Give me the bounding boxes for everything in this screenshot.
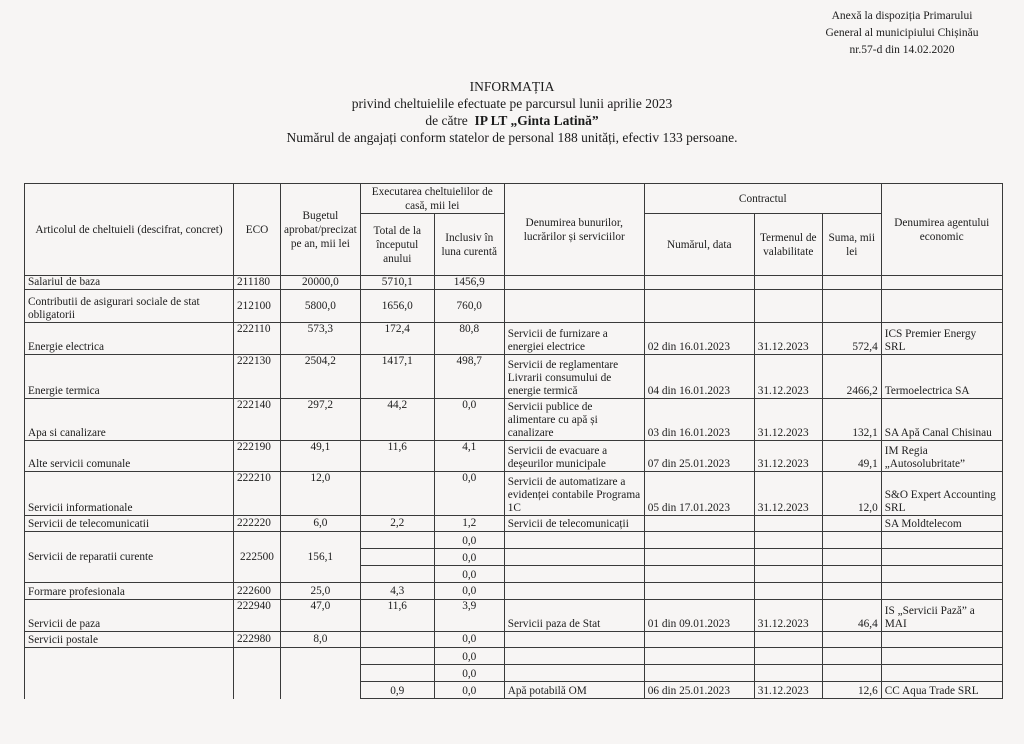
cell-total-year: 11,6 — [360, 441, 434, 472]
cell-eco: 222210 — [234, 472, 281, 516]
cell-eco: 222110 — [234, 323, 281, 355]
cell-article: Apa si canalizare — [25, 399, 234, 441]
cell-total-year — [360, 549, 434, 566]
table-row: Salariul de baza21118020000,05710,11456,… — [25, 276, 1003, 290]
cell-total-year: 2,2 — [360, 516, 434, 532]
document-title: INFORMAȚIA — [0, 78, 1024, 95]
cell-total-year — [360, 566, 434, 583]
cell-amount: 572,4 — [822, 323, 881, 355]
cell-number-date — [644, 516, 754, 532]
cell-amount — [822, 290, 881, 323]
cell-total-year: 1656,0 — [360, 290, 434, 323]
cell-article: Servicii de paza — [25, 600, 234, 632]
cell-article: Salariul de baza — [25, 276, 234, 290]
cell-validity — [754, 648, 822, 665]
cell-number-date: 04 din 16.01.2023 — [644, 355, 754, 399]
cell-validity: 31.12.2023 — [754, 682, 822, 699]
cell-number-date: 01 din 09.01.2023 — [644, 600, 754, 632]
cell-goods — [504, 566, 644, 583]
cell-amount — [822, 276, 881, 290]
cell-budget: 20000,0 — [281, 276, 361, 290]
cell-article: Servicii postale — [25, 632, 234, 648]
cell-goods — [504, 632, 644, 648]
cell-article: Energie termica — [25, 355, 234, 399]
cell-article: Servicii de reparatii curente — [25, 532, 234, 583]
cell-total-year — [360, 472, 434, 516]
cell-article: Contributii de asigurari sociale de stat… — [25, 290, 234, 323]
cell-validity: 31.12.2023 — [754, 323, 822, 355]
cell-validity — [754, 632, 822, 648]
cell-budget: 6,0 — [281, 516, 361, 532]
cell-eco: 222600 — [234, 583, 281, 600]
cell-amount — [822, 516, 881, 532]
cell-number — [644, 566, 754, 583]
cell-validity — [754, 532, 822, 549]
cell-article: Servicii de telecomunicatii — [25, 516, 234, 532]
cell-amount: 2466,2 — [822, 355, 881, 399]
header-goods: Denumirea bunurilor, lucrărilor și servi… — [504, 184, 644, 276]
annex-note: Anexă la dispoziția Primarului General a… — [790, 8, 1014, 59]
cell-number-date: 07 din 25.01.2023 — [644, 441, 754, 472]
annex-line-2: General al municipiului Chișinău — [790, 25, 1014, 42]
cell-goods — [504, 532, 644, 549]
by-prefix: de către — [425, 113, 467, 128]
cell-article — [25, 648, 234, 699]
cell-agent: SA Apă Canal Chisinau — [881, 399, 1002, 441]
cell-budget: 156,1 — [281, 532, 361, 583]
cell-current-month: 0,0 — [434, 532, 504, 549]
cell-validity: 31.12.2023 — [754, 441, 822, 472]
cell-total-year: 5710,1 — [360, 276, 434, 290]
cell-eco: 211180 — [234, 276, 281, 290]
cell-eco: 222940 — [234, 600, 281, 632]
cell-goods — [504, 583, 644, 600]
cell-number-date — [644, 583, 754, 600]
cell-total-year — [360, 648, 434, 665]
cell-budget: 573,3 — [281, 323, 361, 355]
cell-eco: 222980 — [234, 632, 281, 648]
table-row: Alte servicii comunale22219049,111,64,1S… — [25, 441, 1003, 472]
cell-current-month: 1,2 — [434, 516, 504, 532]
header-number-date: Numărul, data — [644, 214, 754, 276]
cell-agent: S&O Expert Accounting SRL — [881, 472, 1002, 516]
cell-amount — [822, 566, 881, 583]
institution-name: IP LT „Ginta Latină” — [474, 113, 598, 128]
cell-budget: 297,2 — [281, 399, 361, 441]
cell-validity: 31.12.2023 — [754, 399, 822, 441]
cell-agent: CC Aqua Trade SRL — [881, 682, 1002, 699]
cell-total-year: 4,3 — [360, 583, 434, 600]
cell-agent — [881, 290, 1002, 323]
cell-budget: 12,0 — [281, 472, 361, 516]
cell-goods: Servicii de automatizare a evidenței con… — [504, 472, 644, 516]
table-row: Formare profesionala22260025,04,30,0 — [25, 583, 1003, 600]
cell-current-month: 498,7 — [434, 355, 504, 399]
cell-current-month: 0,0 — [434, 472, 504, 516]
cell-current-month: 0,0 — [434, 682, 504, 699]
header-validity: Termenul de valabilitate — [754, 214, 822, 276]
table-row: Contributii de asigurari sociale de stat… — [25, 290, 1003, 323]
document-heading: INFORMAȚIA privind cheltuielile efectuat… — [0, 78, 1024, 146]
cell-current-month: 4,1 — [434, 441, 504, 472]
cell-goods: Servicii de evacuare a deșeurilor munici… — [504, 441, 644, 472]
table-row: Servicii de paza22294047,011,63,9Servici… — [25, 600, 1003, 632]
cell-article: Servicii informationale — [25, 472, 234, 516]
table-row: Servicii postale2229808,00,0 — [25, 632, 1003, 648]
annex-line-1: Anexă la dispoziția Primarului — [790, 8, 1014, 25]
cell-validity — [754, 276, 822, 290]
cell-number-date — [644, 276, 754, 290]
cell-amount — [822, 583, 881, 600]
header-contract: Contractul — [644, 184, 881, 214]
cell-total-year — [360, 665, 434, 682]
cell-current-month: 1456,9 — [434, 276, 504, 290]
cell-eco: 222130 — [234, 355, 281, 399]
cell-article: Formare profesionala — [25, 583, 234, 600]
header-amount: Suma, mii lei — [822, 214, 881, 276]
cell-number — [644, 549, 754, 566]
cell-agent — [881, 583, 1002, 600]
cell-amount — [822, 549, 881, 566]
cell-goods: Apă potabilă OM — [504, 682, 644, 699]
cell-validity: 31.12.2023 — [754, 472, 822, 516]
cell-agent: IM Regia „Autosolubritate” — [881, 441, 1002, 472]
table-row: Servicii de reparatii curente222500156,1… — [25, 532, 1003, 549]
cell-amount — [822, 532, 881, 549]
cell-validity: 31.12.2023 — [754, 600, 822, 632]
cell-goods: Servicii de furnizare a energiei electri… — [504, 323, 644, 355]
cell-number-date: 06 din 25.01.2023 — [644, 682, 754, 699]
cell-agent — [881, 549, 1002, 566]
cell-budget: 5800,0 — [281, 290, 361, 323]
cell-amount: 132,1 — [822, 399, 881, 441]
cell-eco: 222500 — [234, 532, 281, 583]
cell-amount: 12,0 — [822, 472, 881, 516]
header-current-month: Inclusiv în luna curentă — [434, 214, 504, 276]
cell-total-year — [360, 532, 434, 549]
cell-eco: 222220 — [234, 516, 281, 532]
cell-agent — [881, 276, 1002, 290]
cell-current-month: 760,0 — [434, 290, 504, 323]
cell-amount — [822, 632, 881, 648]
cell-number-date: 02 din 16.01.2023 — [644, 323, 754, 355]
cell-article: Energie electrica — [25, 323, 234, 355]
cell-agent — [881, 566, 1002, 583]
cell-goods: Servicii de reglamentare Livrarii consum… — [504, 355, 644, 399]
cell-eco: 222140 — [234, 399, 281, 441]
cell-total-year: 0,9 — [360, 682, 434, 699]
cell-goods — [504, 276, 644, 290]
cell-budget: 47,0 — [281, 600, 361, 632]
cell-number-date: 03 din 16.01.2023 — [644, 399, 754, 441]
cell-total-year — [360, 632, 434, 648]
cell-current-month: 0,0 — [434, 566, 504, 583]
cell-total-year: 44,2 — [360, 399, 434, 441]
cell-validity — [754, 549, 822, 566]
header-budget: Bugetul aprobat/precizat pe an, mii lei — [281, 184, 361, 276]
cell-total-year: 11,6 — [360, 600, 434, 632]
cell-goods: Servicii paza de Stat — [504, 600, 644, 632]
institution-line: de către IP LT „Ginta Latină” — [0, 112, 1024, 129]
table-row: 0,0 — [25, 648, 1003, 665]
document-subtitle: privind cheltuielile efectuate pe parcur… — [0, 95, 1024, 112]
cell-amount: 12,6 — [822, 682, 881, 699]
header-article: Articolul de cheltuieli (descifrat, conc… — [25, 184, 234, 276]
cell-goods — [504, 290, 644, 323]
cell-current-month: 0,0 — [434, 632, 504, 648]
cell-number-date — [644, 648, 754, 665]
cell-goods: Servicii de telecomunicații — [504, 516, 644, 532]
cell-number-date: 05 din 17.01.2023 — [644, 472, 754, 516]
cell-current-month: 0,0 — [434, 665, 504, 682]
cell-current-month: 0,0 — [434, 648, 504, 665]
table-row: Apa si canalizare222140297,244,20,0Servi… — [25, 399, 1003, 441]
header-execution: Executarea cheltuielilor de casă, mii le… — [360, 184, 504, 214]
cell-agent: SA Moldtelecom — [881, 516, 1002, 532]
cell-validity: 31.12.2023 — [754, 355, 822, 399]
cell-goods: Servicii publice de alimentare cu apă și… — [504, 399, 644, 441]
cell-budget: 2504,2 — [281, 355, 361, 399]
cell-agent — [881, 665, 1002, 682]
cell-budget: 8,0 — [281, 632, 361, 648]
cell-eco: 222190 — [234, 441, 281, 472]
cell-eco: 212100 — [234, 290, 281, 323]
cell-current-month: 0,0 — [434, 399, 504, 441]
expenses-table: Articolul de cheltuieli (descifrat, conc… — [24, 183, 1003, 699]
cell-validity — [754, 665, 822, 682]
header-eco: ECO — [234, 184, 281, 276]
cell-goods — [504, 648, 644, 665]
cell-amount — [822, 665, 881, 682]
cell-validity — [754, 516, 822, 532]
cell-goods — [504, 665, 644, 682]
table-row: Servicii informationale22221012,00,0Serv… — [25, 472, 1003, 516]
cell-number — [644, 532, 754, 549]
cell-budget: 49,1 — [281, 441, 361, 472]
staff-line: Numărul de angajați conform statelor de … — [0, 129, 1024, 146]
cell-agent: Termoelectrica SA — [881, 355, 1002, 399]
cell-eco — [234, 648, 281, 699]
cell-current-month: 3,9 — [434, 600, 504, 632]
cell-total-year: 172,4 — [360, 323, 434, 355]
table-row: Energie electrica222110573,3172,480,8Ser… — [25, 323, 1003, 355]
cell-agent — [881, 632, 1002, 648]
table-row: Energie termica2221302504,21417,1498,7Se… — [25, 355, 1003, 399]
cell-number-date — [644, 632, 754, 648]
cell-current-month: 80,8 — [434, 323, 504, 355]
cell-article: Alte servicii comunale — [25, 441, 234, 472]
header-agent: Denumirea agentului economic — [881, 184, 1002, 276]
cell-agent: ICS Premier Energy SRL — [881, 323, 1002, 355]
cell-current-month: 0,0 — [434, 549, 504, 566]
cell-goods — [504, 549, 644, 566]
cell-amount — [822, 648, 881, 665]
cell-budget: 25,0 — [281, 583, 361, 600]
cell-number-date — [644, 290, 754, 323]
cell-total-year: 1417,1 — [360, 355, 434, 399]
cell-amount: 49,1 — [822, 441, 881, 472]
annex-line-3: nr.57-d din 14.02.2020 — [790, 42, 1014, 59]
cell-number-date — [644, 665, 754, 682]
cell-amount: 46,4 — [822, 600, 881, 632]
cell-validity — [754, 583, 822, 600]
table-row: Servicii de telecomunicatii2222206,02,21… — [25, 516, 1003, 532]
cell-agent — [881, 648, 1002, 665]
header-total-year: Total de la începutul anului — [360, 214, 434, 276]
cell-current-month: 0,0 — [434, 583, 504, 600]
cell-validity — [754, 290, 822, 323]
cell-budget — [281, 648, 361, 699]
cell-agent — [881, 532, 1002, 549]
cell-agent: IS „Servicii Pază” a MAI — [881, 600, 1002, 632]
cell-validity — [754, 566, 822, 583]
